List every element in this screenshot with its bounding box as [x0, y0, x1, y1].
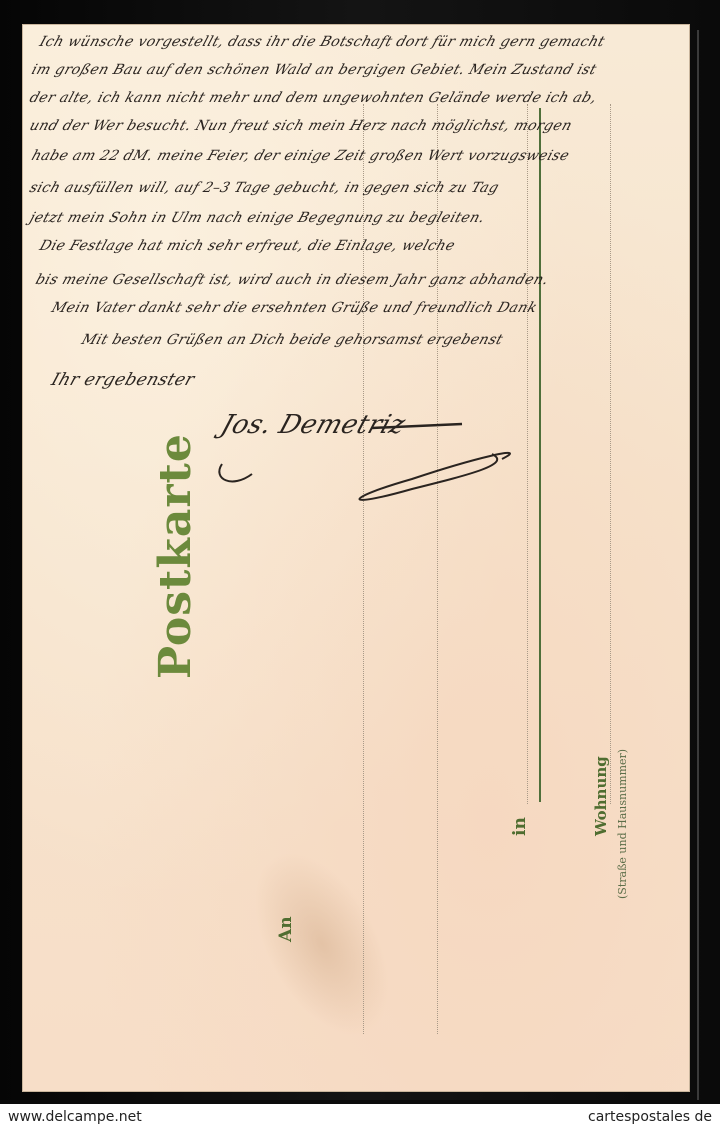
handwriting-line: Ich wünsche vorgestellt, dass ihr die Bo… [37, 34, 607, 50]
scanner-edge-line [697, 30, 699, 1100]
handwriting-line: bis meine Gesellschaft ist, wird auch in… [33, 272, 550, 288]
address-line-1 [363, 104, 364, 1034]
handwriting-line: Mit besten Grüßen an Dich beide gehorsam… [79, 332, 505, 348]
address-line-4 [610, 104, 611, 804]
signature-flourish [212, 404, 532, 504]
footer-site-right: cartespostales de [588, 1109, 712, 1125]
address-line-3 [527, 104, 528, 804]
paper-stain [226, 830, 417, 1058]
address-label-in: in [510, 817, 530, 836]
handwriting-line: und der Wer besucht. Nun freut sich mein… [27, 118, 574, 134]
signature: Jos. Demetriz [217, 410, 409, 440]
stamp-divider-line [539, 108, 541, 802]
handwriting-line: Die Festlage hat mich sehr erfreut, die … [37, 238, 457, 254]
handwriting-line: Ihr ergebenster [49, 370, 197, 390]
handwriting-line: habe am 22 dM. meine Feier, der einige Z… [29, 148, 571, 164]
postcard: Ich wünsche vorgestellt, dass ihr die Bo… [22, 24, 690, 1092]
handwriting-line: im großen Bau auf den schönen Wald an be… [29, 62, 598, 78]
address-label-wohnung-sub: (Straße und Hausnummer) [616, 749, 629, 899]
handwriting-line: der alte, ich kann nicht mehr und dem un… [27, 90, 599, 106]
address-line-2 [437, 104, 438, 1034]
handwritten-message: Ich wünsche vorgestellt, dass ihr die Bo… [22, 24, 690, 544]
watermark-footer: www.delcampe.net cartespostales de [0, 1104, 720, 1131]
address-label-wohnung: Wohnung [592, 756, 610, 836]
footer-site-left: www.delcampe.net [8, 1109, 142, 1125]
handwriting-line: sich ausfüllen will, auf 2–3 Tage gebuch… [27, 180, 501, 196]
address-label-an: An [276, 916, 296, 942]
postkarte-title: Postkarte [150, 433, 201, 679]
handwriting-line: Mein Vater dankt sehr die ersehnten Grüß… [49, 300, 539, 316]
handwriting-line: jetzt mein Sohn in Ulm nach einige Begeg… [27, 210, 487, 226]
